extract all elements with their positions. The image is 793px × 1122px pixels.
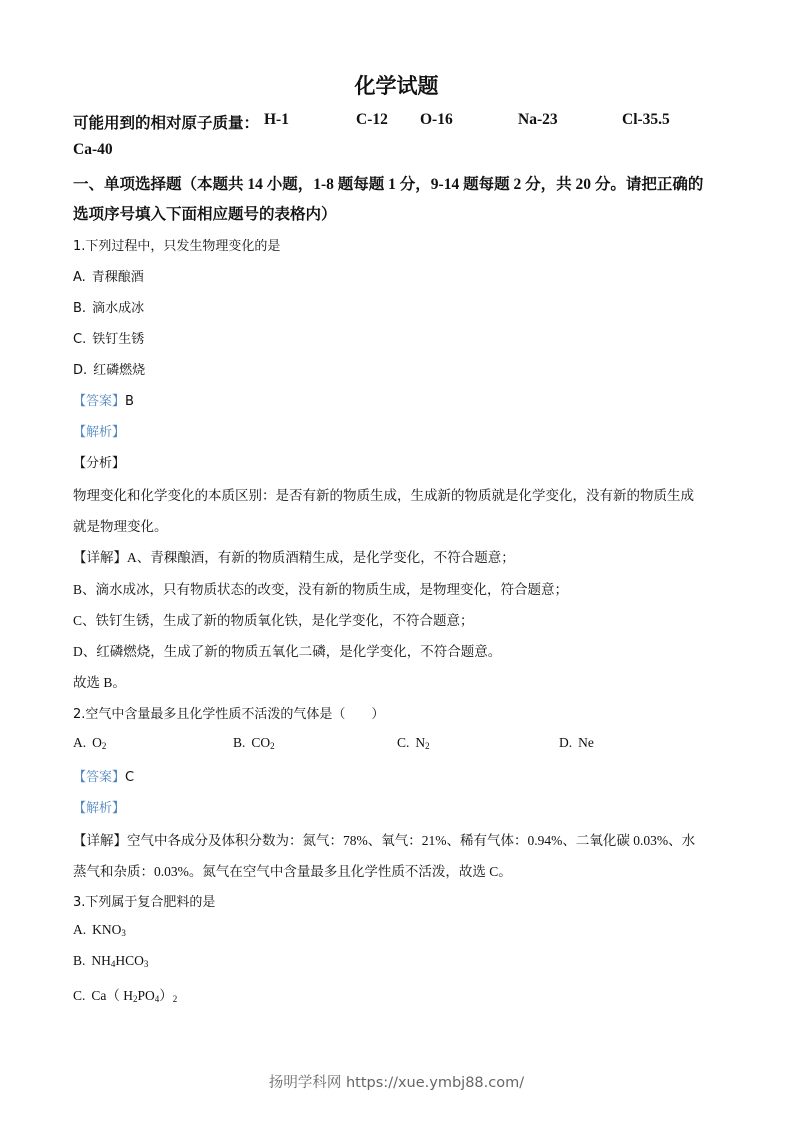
detail-text: 空气中各成分及体积分数为：氮气：78%、氧气：21%、稀有气体：0.94%、二氧… (127, 833, 695, 848)
option-key: A. (73, 922, 86, 938)
option-key: C. (397, 735, 409, 751)
question-1-option-a: A.青稞酿酒 (73, 266, 144, 285)
formula-part: HCO (115, 953, 144, 968)
option-key: D. (73, 363, 87, 378)
page-title: 化学试题 (0, 70, 793, 100)
formula-part: PO (138, 988, 155, 1003)
atomic-mass-label: 可能用到的相对原子质量： (73, 111, 259, 133)
question-2-stem: 2.空气中含量最多且化学性质不活泼的气体是（ ） (73, 703, 384, 722)
atomic-mass-cl: Cl-35.5 (622, 111, 670, 129)
question-3-option-a: A.KNO3 (73, 922, 126, 938)
question-1-answer: 【答案】B (73, 390, 134, 409)
answer-value: C (125, 770, 134, 785)
detail-text: A、青稞酿酒，有新的物质酒精生成，是化学变化，不符合题意； (127, 550, 515, 565)
option-formula: CO (251, 735, 270, 750)
atomic-mass-c: C-12 (356, 111, 388, 129)
question-2-analysis-label: 【解析】 (73, 797, 125, 816)
question-2-detail-line2: 蒸气和杂质：0.03%。氮气在空气中含量最多且化学性质不活泼，故选 C。 (73, 860, 512, 880)
answer-label: 【答案】 (73, 394, 125, 409)
option-formula: O (92, 735, 102, 750)
option-key: B. (73, 953, 85, 969)
option-key: C. (73, 988, 85, 1004)
question-2-option-c: C.N2 (397, 735, 430, 751)
question-3-stem: 3.下列属于复合肥料的是 (73, 891, 215, 910)
subscript: 2 (425, 741, 430, 751)
option-key: A. (73, 735, 86, 751)
question-1-option-b: B.滴水成冰 (73, 297, 144, 316)
subscript: 2 (270, 741, 275, 751)
option-formula: N (415, 735, 425, 750)
question-3-option-c: C.Ca（ H2PO4）2 (73, 984, 177, 1004)
atomic-mass-ca: Ca-40 (73, 141, 113, 159)
option-key: B. (73, 301, 86, 316)
detail-label: 【详解】 (73, 550, 127, 565)
section-heading-line1: 一、单项选择题（本题共 14 小题，1-8 题每题 1 分，9-14 题每题 2… (73, 172, 703, 194)
document-page: 化学试题 可能用到的相对原子质量： H-1 C-12 O-16 Na-23 Cl… (0, 0, 793, 1122)
question-1-detail-line3: C、铁钉生锈，生成了新的物质氧化铁，是化学变化，不符合题意； (73, 609, 474, 629)
option-text: 铁钉生锈 (92, 332, 144, 347)
atomic-mass-na: Na-23 (518, 111, 558, 129)
question-1-option-c: C.铁钉生锈 (73, 328, 144, 347)
option-key: A. (73, 270, 86, 285)
subscript: 2 (102, 741, 107, 751)
option-text: 滴水成冰 (92, 301, 144, 316)
question-2-answer: 【答案】C (73, 766, 134, 785)
question-1-fenxi-line2: 就是物理变化。 (73, 515, 168, 535)
detail-label: 【详解】 (73, 833, 127, 848)
section-heading-line2: 选项序号填入下面相应题号的表格内） (73, 202, 337, 224)
option-key: C. (73, 332, 86, 347)
question-2-detail-line1: 【详解】空气中各成分及体积分数为：氮气：78%、氧气：21%、稀有气体：0.94… (73, 829, 695, 849)
question-1-detail-line2: B、滴水成冰，只有物质状态的改变，没有新的物质生成，是物理变化，符合题意； (73, 578, 568, 598)
subscript: 3 (144, 959, 149, 969)
option-text: 青稞酿酒 (92, 270, 144, 285)
question-1-detail-line4: D、红磷燃烧，生成了新的物质五氧化二磷，是化学变化，不符合题意。 (73, 640, 501, 660)
question-2-option-b: B.CO2 (233, 735, 275, 751)
answer-value: B (125, 394, 134, 409)
option-formula: Ne (578, 735, 594, 750)
formula-part: Ca（ H (91, 988, 133, 1003)
question-1-stem: 1.下列过程中，只发生物理变化的是 (73, 235, 280, 254)
question-1-option-d: D.红磷燃烧 (73, 359, 145, 378)
subscript: 3 (121, 928, 126, 938)
subscript: 2 (173, 994, 178, 1004)
question-1-conclusion: 故选 B。 (73, 671, 126, 691)
atomic-mass-h: H-1 (264, 111, 289, 129)
atomic-mass-o: O-16 (420, 111, 453, 129)
option-key: D. (559, 735, 572, 751)
question-1-detail-line1: 【详解】A、青稞酿酒，有新的物质酒精生成，是化学变化，不符合题意； (73, 546, 515, 566)
question-1-analysis-label: 【解析】 (73, 421, 125, 440)
formula-part: KNO (92, 922, 121, 937)
footer-watermark: 扬明学科网 https://xue.ymbj88.com/ (0, 1071, 793, 1092)
question-1-fenxi-label: 【分析】 (73, 452, 125, 471)
answer-label: 【答案】 (73, 770, 125, 785)
option-key: B. (233, 735, 245, 751)
question-2-option-a: A.O2 (73, 735, 106, 751)
formula-part: NH (91, 953, 111, 968)
formula-part: ） (159, 988, 173, 1003)
question-3-option-b: B.NH4HCO3 (73, 953, 148, 969)
question-1-fenxi-line1: 物理变化和化学变化的本质区别：是否有新的物质生成，生成新的物质就是化学变化，没有… (73, 484, 694, 504)
question-2-option-d: D.Ne (559, 735, 594, 751)
option-text: 红磷燃烧 (93, 363, 145, 378)
